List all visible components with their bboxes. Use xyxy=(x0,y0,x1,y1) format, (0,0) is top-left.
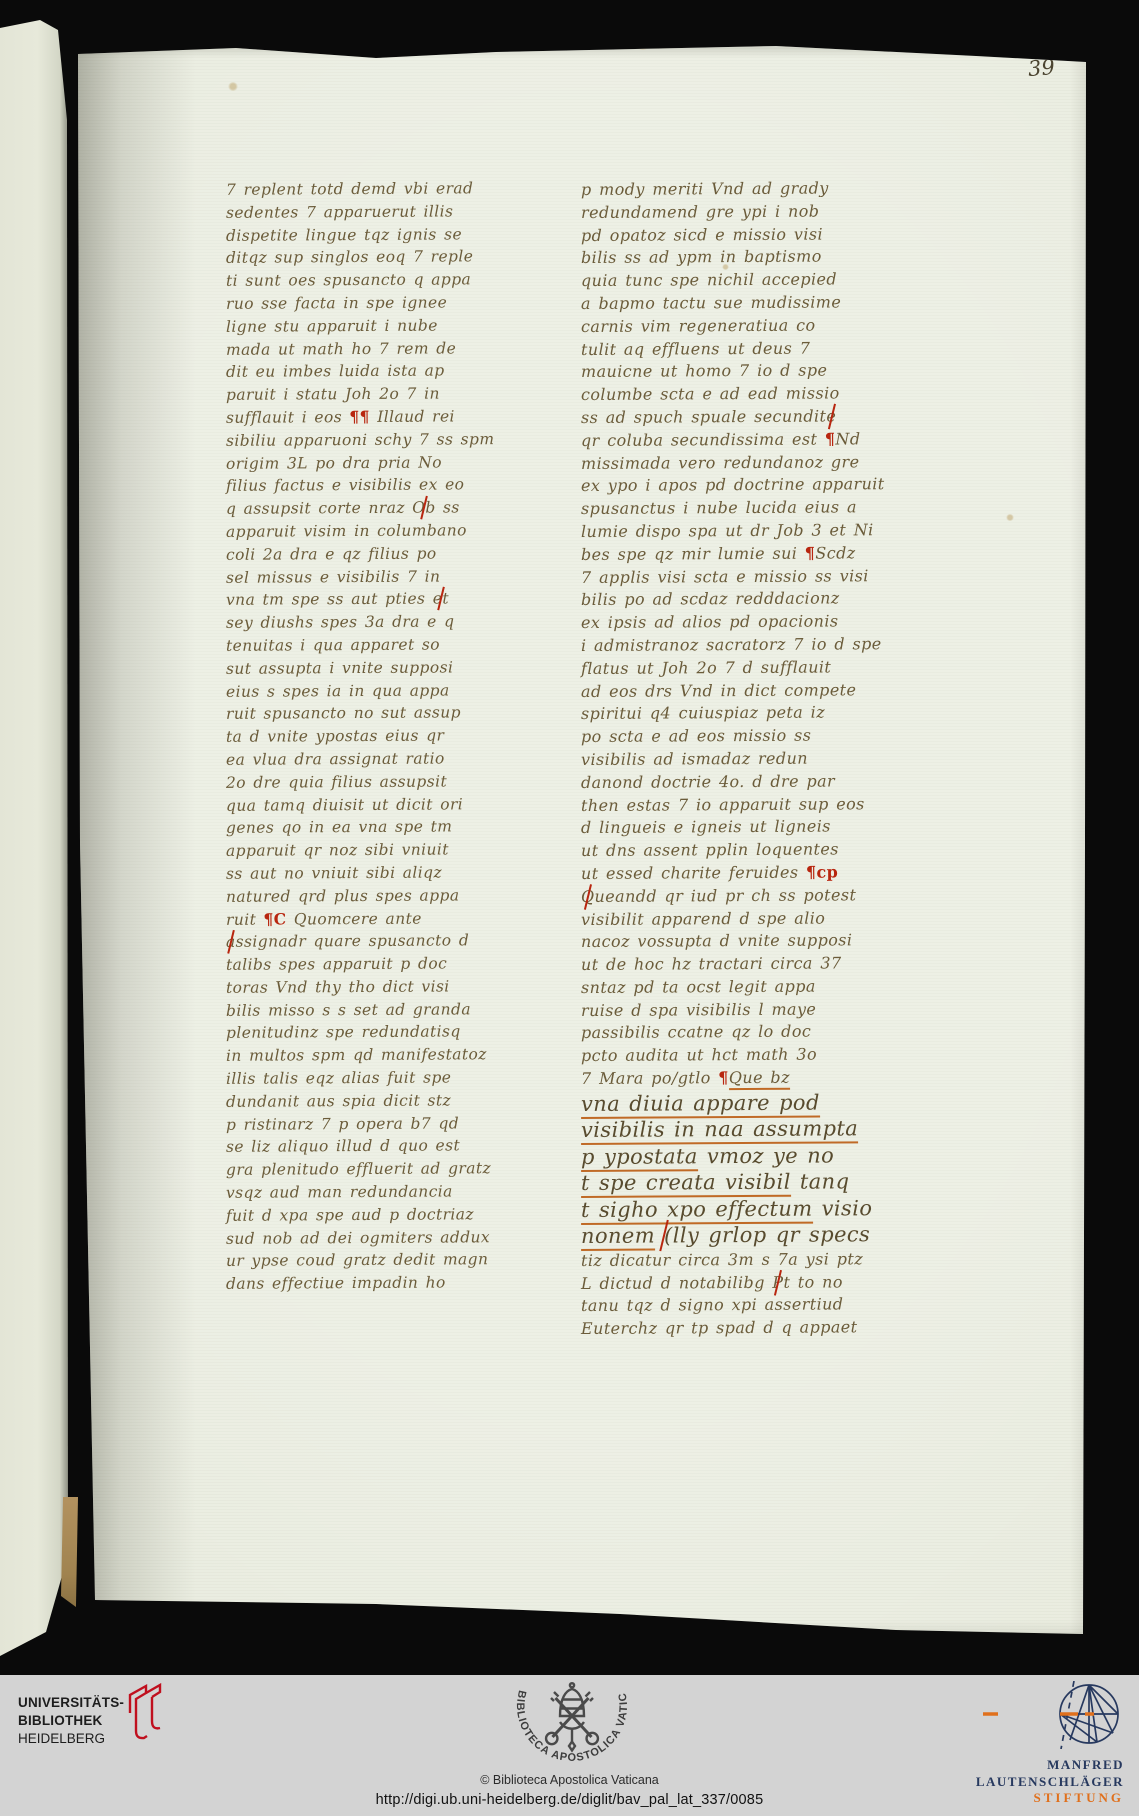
manuscript-text: ruo sse facta in spe ignee xyxy=(226,293,447,312)
manuscript-text: pcto audita ut hct math 3o xyxy=(581,1045,817,1065)
manuscript-line: ea vlua dra assignat ratio xyxy=(226,747,494,771)
manuscript-text: eius s spes ia in qua appa xyxy=(226,681,450,700)
manuscript-line: origim 3L po dra pria No xyxy=(226,451,494,475)
manuscript-line: ad eos drs Vnd in dict compete xyxy=(581,679,911,704)
manuscript-text: sut assupta i vnite supposi xyxy=(226,658,453,677)
manuscript-text: ruit spusancto no sut assup xyxy=(226,704,461,723)
manuscript-text: ex ypo i apos pd doctrine apparuit xyxy=(581,475,885,496)
manuscript-text: i admistranoz sacratorz 7 io d spe xyxy=(581,634,882,655)
manuscript-line: ti sunt oes spusancto q appa xyxy=(226,268,494,292)
svg-text:BIBLIOTECA APOSTOLICA VATICANA: BIBLIOTECA APOSTOLICA VATICANA xyxy=(487,1680,630,1764)
manuscript-line: pd opatoz sicd e missio visi xyxy=(581,223,911,248)
manuscript-text: Illaud rei xyxy=(370,407,455,426)
manuscript-line: 7 replent totd demd vbi erad xyxy=(226,177,494,201)
manuscript-line: dundanit aus spia dicit stz xyxy=(226,1089,494,1113)
manuscript-text: toras Vnd thy tho dict visi xyxy=(226,977,450,996)
manuscript-line: visibilit apparend d spe alio xyxy=(581,906,911,931)
manuscript-line: sey diushs spes 3a dra e q xyxy=(226,610,494,634)
manuscript-text: tanq xyxy=(791,1170,850,1194)
ub-line2: BIBLIOTHEK xyxy=(18,1712,124,1730)
manuscript-line: sut assupta i vnite supposi xyxy=(226,656,494,680)
manuscript-line: vsqz aud man redundancia xyxy=(226,1180,494,1204)
rubric-mark: ( xyxy=(655,1224,673,1248)
foxing-spot xyxy=(228,82,238,91)
manuscript-text: mauicne ut homo 7 io d spe xyxy=(581,361,827,382)
manuscript-text: sufflauit i eos xyxy=(226,408,349,427)
rubric-mark: a xyxy=(226,933,236,951)
rubric-mark: e xyxy=(826,406,836,425)
manuscript-line: redundamend gre ypi i nob xyxy=(581,200,911,225)
foxing-spot xyxy=(1006,514,1014,521)
ub-heidelberg-logo-icon xyxy=(116,1683,162,1747)
manuscript-text: dans effectiue impadin ho xyxy=(226,1274,446,1293)
manuscript-line: vna diuia appare pod xyxy=(581,1089,911,1118)
rubric-mark: ¶¶ xyxy=(349,407,370,426)
rubric-mark: Q xyxy=(581,887,595,906)
ub-line1: UNIVERSITÄTS- xyxy=(18,1694,124,1712)
manuscript-text: plenitudinz spe redundatisq xyxy=(226,1023,461,1042)
manuscript-text: Nd xyxy=(835,429,860,448)
manuscript-text: origim 3L po dra pria No xyxy=(226,453,442,472)
manuscript-line: spusanctus i nube lucida eius a xyxy=(581,496,911,521)
manuscript-line: 7 Mara po/gtlo ¶Que bz xyxy=(581,1066,911,1091)
manuscript-text: then estas 7 io apparuit sup eos xyxy=(581,794,865,815)
papal-tiara xyxy=(560,1689,584,1716)
manuscript-text: visibilis ad ismadaz redun xyxy=(581,749,808,769)
manuscript-line: nonem (lly grlop qr specs xyxy=(581,1221,911,1250)
folio-number: 39 xyxy=(1027,55,1056,81)
manuscript-text: genes qo in ea vna spe tm xyxy=(226,818,452,837)
manuscript-line: bes spe qz mir lumie sui ¶Scdz xyxy=(581,542,911,567)
manuscript-text: p mody meriti Vnd ad grady xyxy=(581,178,829,199)
manuscript-text: ut essed charite feruides xyxy=(581,863,806,883)
manuscript-text: sey diushs spes 3a dra e q xyxy=(226,613,454,632)
vatican-arc-text: BIBLIOTECA APOSTOLICA VATICANA xyxy=(487,1680,630,1764)
mls-line1: MANFRED xyxy=(976,1757,1124,1774)
manuscript-text: qua tamq diuisit ut dicit ori xyxy=(226,795,463,814)
ub-line3: HEIDELBERG xyxy=(18,1730,124,1748)
manuscript-line: in multos spm qd manifestatoz xyxy=(226,1043,494,1067)
rubric-mark: P xyxy=(772,1272,783,1291)
manuscript-text: visio xyxy=(812,1196,872,1220)
manuscript-line: apparuit visim in columbano xyxy=(226,519,494,543)
manuscript-text: flatus ut Joh 2o 7 d sufflauit xyxy=(581,657,831,678)
manuscript-line: coli 2a dra e qz filius po xyxy=(226,542,494,566)
manuscript-line: natured qrd plus spes appa xyxy=(226,884,494,908)
manuscript-line: d lingueis e igneis ut ligneis xyxy=(581,815,911,840)
manuscript-text: qr coluba secundissima est xyxy=(581,429,825,449)
manuscript-line: eius s spes ia in qua appa xyxy=(226,679,494,703)
source-url: http://digi.ub.uni-heidelberg.de/diglit/… xyxy=(0,1792,1139,1808)
manuscript-text: 2o dre quia filius assupsit xyxy=(226,772,447,791)
manuscript-line: filius factus e visibilis ex eo xyxy=(226,474,494,498)
manuscript-text: vna tm spe ss aut pties xyxy=(226,590,433,609)
manuscript-text: 7 Mara po/gtlo xyxy=(581,1068,718,1088)
manuscript-line: sedentes 7 apparuerut illis xyxy=(226,200,494,224)
manuscript-line: tulit aq effluens ut deus 7 xyxy=(581,337,911,362)
manuscript-text: t sigho xpo effectum xyxy=(581,1196,813,1224)
previous-page-edge xyxy=(0,0,68,1816)
manuscript-page: 39 7 replent totd demd vbi eradsedentes … xyxy=(76,44,1088,1642)
manuscript-line: qua tamq diuisit ut dicit ori xyxy=(226,793,494,817)
manuscript-line: apparuit qr noz sibi vniuit xyxy=(226,838,494,862)
manuscript-text: spusanctus i nube lucida eius a xyxy=(581,497,857,518)
manuscript-line: ex ipsis ad alios pd opacionis xyxy=(581,610,911,635)
manuscript-text: t to no xyxy=(783,1272,843,1291)
lautenschlaeger-stiftung-wordmark: MANFRED LAUTENSCHLÄGER STIFTUNG xyxy=(976,1757,1124,1807)
ub-heidelberg-wordmark: UNIVERSITÄTS- BIBLIOTHEK HEIDELBERG xyxy=(18,1694,124,1748)
manuscript-text: ur ypse coud gratz dedit magn xyxy=(226,1251,488,1271)
manuscript-text: vsqz aud man redundancia xyxy=(226,1182,453,1201)
manuscript-line: dans effectiue impadin ho xyxy=(226,1271,494,1295)
manuscript-text: passibilis ccatne qz lo doc xyxy=(581,1022,811,1042)
manuscript-line: sntaz pd ta ocst legit appa xyxy=(581,975,911,1000)
rubric-mark: et xyxy=(433,590,449,608)
manuscript-text: sud nob ad dei ogmiters addux xyxy=(226,1228,490,1248)
manuscript-line: missimada vero redundanoz gre xyxy=(581,451,911,476)
manuscript-line: tenuitas i qua apparet so xyxy=(226,633,494,657)
manuscript-text: d lingueis e igneis ut ligneis xyxy=(581,817,831,838)
manuscript-text: vna diuia appare pod xyxy=(581,1090,820,1118)
manuscript-line: ligne stu apparuit i nube xyxy=(226,314,494,338)
footer-bar: UNIVERSITÄTS- BIBLIOTHEK HEIDELBERG xyxy=(0,1675,1139,1816)
manuscript-line: sufflauit i eos ¶¶ Illaud rei xyxy=(226,405,494,429)
manuscript-text: bilis ss ad ypm in baptismo xyxy=(581,247,822,267)
manuscript-text: ut dns assent pplin loquentes xyxy=(581,840,839,861)
manuscript-text: po scta e ad eos missio ss xyxy=(581,726,812,746)
tassel xyxy=(569,1728,575,1751)
manuscript-line: bilis po ad scdaz redddacionz xyxy=(581,587,911,612)
manuscript-text: in multos spm qd manifestatoz xyxy=(226,1046,487,1066)
manuscript-text: p ypostata xyxy=(581,1144,698,1172)
manuscript-line: p ristinarz 7 p opera b7 qd xyxy=(226,1112,494,1136)
manuscript-line: po scta e ad eos missio ss xyxy=(581,724,911,749)
manuscript-line: p mody meriti Vnd ad grady xyxy=(581,177,911,202)
rubric-mark: ¶ xyxy=(825,429,836,448)
manuscript-line: danond doctrie 4o. d dre par xyxy=(581,770,911,795)
manuscript-line: Euterchz qr tp spad d q appaet xyxy=(581,1316,911,1341)
manuscript-line: dit eu imbes luida ista ap xyxy=(226,360,494,384)
manuscript-text: bilis po ad scdaz redddacionz xyxy=(581,589,840,610)
manuscript-text: tiz dicatur circa 3m s 7a ysi ptz xyxy=(581,1249,863,1270)
manuscript-text: Que bz xyxy=(729,1068,790,1090)
tiara-top xyxy=(570,1683,574,1687)
manuscript-text: Euterchz qr tp spad d q appaet xyxy=(581,1318,858,1339)
vatican-library-emblem: BIBLIOTECA APOSTOLICA VATICANA xyxy=(487,1680,657,1776)
manuscript-text: missimada vero redundanoz gre xyxy=(581,452,860,473)
manuscript-line: ex ypo i apos pd doctrine apparuit xyxy=(581,473,911,498)
manuscript-text: dispetite lingue tqz ignis se xyxy=(226,225,462,244)
manuscript-line: gra plenitudo effluerit ad gratz xyxy=(226,1157,494,1181)
manuscript-line: 2o dre quia filius assupsit xyxy=(226,770,494,794)
text-column-right: p mody meriti Vnd ad gradyredundamend gr… xyxy=(581,178,911,1340)
manuscript-line: mada ut math ho 7 rem de xyxy=(226,337,494,361)
manuscript-text: illis talis eqz alias fuit spe xyxy=(226,1069,451,1088)
manuscript-line: ruit ¶C Quomcere ante xyxy=(226,907,494,931)
manuscript-text: ssignadr quare spusancto d xyxy=(236,932,470,951)
manuscript-line: sel missus e visibilis 7 in xyxy=(226,565,494,589)
rubric-mark: Ob xyxy=(412,499,436,517)
manuscript-text: Scdz xyxy=(815,543,855,562)
manuscript-line: ta d vnite ypostas eius qr xyxy=(226,724,494,748)
manuscript-text: p ristinarz 7 p opera b7 qd xyxy=(226,1114,459,1133)
manuscript-line: ruit spusancto no sut assup xyxy=(226,702,494,726)
manuscript-line: q assupsit corte nraz Ob ss xyxy=(226,496,494,520)
vatican-copyright: © Biblioteca Apostolica Vaticana xyxy=(0,1773,1139,1787)
manuscript-text: ueandd qr iud pr ch ss potest xyxy=(594,885,856,906)
manuscript-text: ad eos drs Vnd in dict compete xyxy=(581,680,856,701)
manuscript-line: tanu tqz d signo xpi assertiud xyxy=(581,1293,911,1318)
manuscript-text: lumie dispo spa ut dr Job 3 et Ni xyxy=(581,520,874,541)
manuscript-text: sel missus e visibilis 7 in xyxy=(226,567,440,586)
manuscript-text: ligne stu apparuit i nube xyxy=(226,316,438,335)
manuscript-line: passibilis ccatne qz lo doc xyxy=(581,1020,911,1045)
rubric-mark: ¶ xyxy=(805,543,816,562)
manuscript-line: dispetite lingue tqz ignis se xyxy=(226,223,494,247)
manuscript-line: pcto audita ut hct math 3o xyxy=(581,1043,911,1068)
manuscript-line: flatus ut Joh 2o 7 d sufflauit xyxy=(581,656,911,681)
manuscript-text: coli 2a dra e qz filius po xyxy=(226,544,437,563)
manuscript-text: pd opatoz sicd e missio visi xyxy=(581,224,823,244)
manuscript-text: tanu tqz d signo xpi assertiud xyxy=(581,1295,844,1316)
manuscript-line: tiz dicatur circa 3m s 7a ysi ptz xyxy=(581,1248,911,1273)
manuscript-text: a bapmo tactu sue mudissime xyxy=(581,292,841,313)
manuscript-line: vna tm spe ss aut pties et xyxy=(226,588,494,612)
manuscript-line: a bapmo tactu sue mudissime xyxy=(581,291,911,316)
manuscript-text: quia tunc spe nichil accepied xyxy=(581,270,837,291)
manuscript-line: columbe scta e ad ead missio xyxy=(581,382,911,407)
manuscript-line: mauicne ut homo 7 io d spe xyxy=(581,359,911,384)
mls-line3: STIFTUNG xyxy=(976,1790,1124,1807)
manuscript-line: p ypostata vmoz ye no xyxy=(581,1142,911,1171)
manuscript-text: ss xyxy=(436,499,460,517)
manuscript-line: ss aut no vniuit sibi aliqz xyxy=(226,861,494,885)
manuscript-line: toras Vnd thy tho dict visi xyxy=(226,975,494,999)
manuscript-text: fuit d xpa spe aud p doctriaz xyxy=(226,1205,474,1225)
manuscript-line: t sigho xpo effectum visio xyxy=(581,1195,911,1224)
manuscript-text: nonem xyxy=(581,1224,655,1251)
manuscript-text: ss aut no vniuit sibi aliqz xyxy=(226,863,442,882)
manuscript-line: lumie dispo spa ut dr Job 3 et Ni xyxy=(581,519,911,544)
manuscript-text: dundanit aus spia dicit stz xyxy=(226,1091,451,1110)
mls-line2: LAUTENSCHLÄGER xyxy=(976,1774,1124,1791)
manuscript-text: ss ad spuch spuale secundit xyxy=(581,406,826,426)
manuscript-text: ruit xyxy=(226,910,264,928)
manuscript-text: columbe scta e ad ead missio xyxy=(581,384,840,405)
manuscript-text: sibiliu apparuoni schy 7 ss spm xyxy=(226,430,495,450)
manuscript-line: visibilis in naa assumpta xyxy=(581,1115,911,1144)
manuscript-line: sud nob ad dei ogmiters addux xyxy=(226,1226,494,1250)
manuscript-line: sibiliu apparuoni schy 7 ss spm xyxy=(226,428,494,452)
manuscript-line: qr coluba secundissima est ¶Nd xyxy=(581,428,911,453)
manuscript-line: genes qo in ea vna spe tm xyxy=(226,815,494,839)
manuscript-text: gra plenitudo effluerit ad gratz xyxy=(226,1159,491,1179)
manuscript-text: lly grlop qr specs xyxy=(673,1223,871,1248)
manuscript-line: ruise d spa visibilis l maye xyxy=(581,998,911,1023)
manuscript-text: dit eu imbes luida ista ap xyxy=(226,362,445,381)
manuscript-text: paruit i statu Joh 2o 7 in xyxy=(226,385,440,404)
manuscript-text: visibilis in naa assumpta xyxy=(581,1117,858,1146)
manuscript-line: paruit i statu Joh 2o 7 in xyxy=(226,382,494,406)
manuscript-text: tulit aq effluens ut deus 7 xyxy=(581,338,810,358)
manuscript-line: quia tunc spe nichil accepied xyxy=(581,268,911,293)
manuscript-line: se liz aliquo illud d quo est xyxy=(226,1135,494,1159)
manuscript-text: t spe creata visibil xyxy=(581,1170,791,1198)
manuscript-text: danond doctrie 4o. d dre par xyxy=(581,771,835,792)
manuscript-text: vmoz ye no xyxy=(698,1143,835,1168)
manuscript-text: ditqz sup singlos eoq 7 reple xyxy=(226,248,473,268)
manuscript-text: bilis misso s s set ad granda xyxy=(226,1000,471,1019)
manuscript-line: nacoz vossupta d vnite supposi xyxy=(581,929,911,954)
manuscript-text: sntaz pd ta ocst legit appa xyxy=(581,976,816,996)
rubric-mark: ¶ xyxy=(718,1068,729,1087)
manuscript-text: ut de hoc hz tractari circa 37 xyxy=(581,954,842,975)
manuscript-line: ut de hoc hz tractari circa 37 xyxy=(581,952,911,977)
manuscript-text: sedentes 7 apparuerut illis xyxy=(226,202,453,221)
manuscript-line: carnis vim regeneratiua co xyxy=(581,314,911,339)
manuscript-line: visibilis ad ismadaz redun xyxy=(581,747,911,772)
manuscript-text: talibs spes apparuit p doc xyxy=(226,955,447,974)
manuscript-line: t spe creata visibil tanq xyxy=(581,1168,911,1197)
manuscript-text: spiritui q4 cuiuspiaz peta iz xyxy=(581,703,825,723)
manuscript-text: filius factus e visibilis ex eo xyxy=(226,476,464,495)
manuscript-line: talibs spes apparuit p doc xyxy=(226,952,494,976)
manuscript-text: bes spe qz mir lumie sui xyxy=(581,543,805,563)
manuscript-text: ea vlua dra assignat ratio xyxy=(226,749,445,768)
manuscript-line: ur ypse coud gratz dedit magn xyxy=(226,1249,494,1273)
text-column-left: 7 replent totd demd vbi eradsedentes 7 a… xyxy=(226,178,494,1295)
manuscript-text: q assupsit corte nraz xyxy=(226,499,412,518)
manuscript-text: tenuitas i qua apparet so xyxy=(226,635,440,654)
manuscript-text: 7 replent totd demd vbi erad xyxy=(226,179,473,199)
manuscript-text: mada ut math ho 7 rem de xyxy=(226,339,456,358)
manuscript-text: apparuit visim in columbano xyxy=(226,521,467,540)
rubric-mark: ¶C xyxy=(263,909,286,928)
manuscript-text: L dictud d notabilibg xyxy=(581,1273,772,1293)
manuscript-line: ut essed charite feruides ¶cp xyxy=(581,861,911,886)
manuscript-text: apparuit qr noz sibi vniuit xyxy=(226,841,449,860)
manuscript-text: nacoz vossupta d vnite supposi xyxy=(581,931,853,952)
manuscript-line: then estas 7 io apparuit sup eos xyxy=(581,793,911,818)
manuscript-line: L dictud d notabilibg Pt to no xyxy=(581,1271,911,1296)
scan-viewport: 39 7 replent totd demd vbi eradsedentes … xyxy=(0,0,1139,1816)
manuscript-text: carnis vim regeneratiua co xyxy=(581,315,816,335)
lautenschlaeger-stiftung-logo-icon xyxy=(975,1681,1125,1749)
rubric-mark: ¶cp xyxy=(806,862,838,881)
manuscript-line: ruo sse facta in spe ignee xyxy=(226,291,494,315)
manuscript-line: assignadr quare spusancto d xyxy=(226,929,494,953)
manuscript-text: redundamend gre ypi i nob xyxy=(581,201,819,221)
manuscript-line: 7 applis visi scta e missio ss visi xyxy=(581,565,911,590)
manuscript-line: bilis misso s s set ad granda xyxy=(226,998,494,1022)
manuscript-line: i admistranoz sacratorz 7 io d spe xyxy=(581,633,911,658)
manuscript-line: ditqz sup singlos eoq 7 reple xyxy=(226,246,494,270)
manuscript-line: ut dns assent pplin loquentes xyxy=(581,838,911,863)
manuscript-text: se liz aliquo illud d quo est xyxy=(226,1137,460,1156)
binding-edge xyxy=(61,1497,78,1607)
manuscript-text: ti sunt oes spusancto q appa xyxy=(226,271,471,290)
manuscript-text: ta d vnite ypostas eius qr xyxy=(226,727,444,746)
foxing-spot xyxy=(636,38,650,50)
manuscript-line: fuit d xpa spe aud p doctriaz xyxy=(226,1203,494,1227)
manuscript-text: ex ipsis ad alios pd opacionis xyxy=(581,612,839,633)
manuscript-text: ruise d spa visibilis l maye xyxy=(581,999,816,1019)
manuscript-text: visibilit apparend d spe alio xyxy=(581,908,825,928)
manuscript-text: Quomcere ante xyxy=(286,909,421,928)
manuscript-text: 7 applis visi scta e missio ss visi xyxy=(581,566,869,587)
manuscript-line: plenitudinz spe redundatisq xyxy=(226,1021,494,1045)
manuscript-line: ss ad spuch spuale secundite xyxy=(581,405,911,430)
manuscript-text: natured qrd plus spes appa xyxy=(226,886,460,905)
manuscript-line: illis talis eqz alias fuit spe xyxy=(226,1066,494,1090)
manuscript-line: bilis ss ad ypm in baptismo xyxy=(581,245,911,270)
manuscript-line: spiritui q4 cuiuspiaz peta iz xyxy=(581,701,911,726)
manuscript-line: Queandd qr iud pr ch ss potest xyxy=(581,884,911,909)
